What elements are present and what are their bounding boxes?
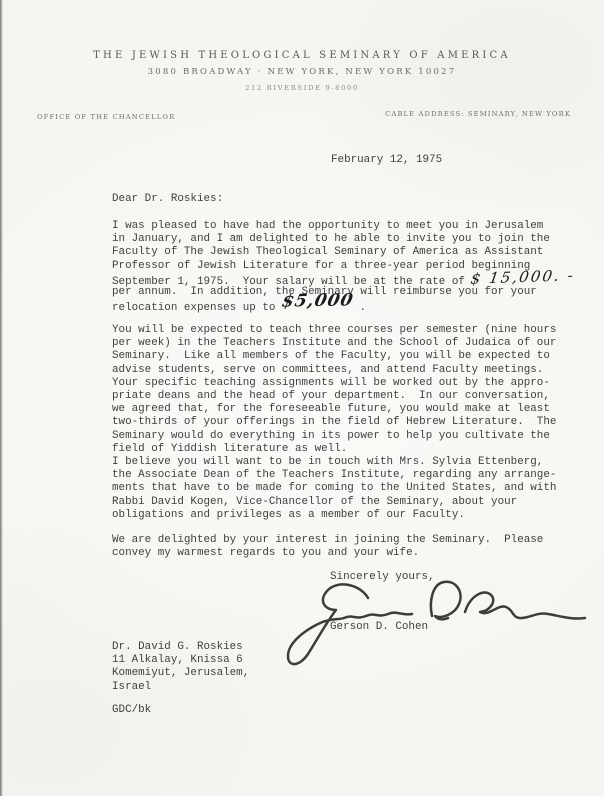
letterhead-address: 3080 BROADWAY · NEW YORK, NEW YORK 10027 xyxy=(0,67,604,77)
relocation-line: relocation expenses up to $5,000 . xyxy=(112,299,366,315)
letter-date: February 12, 1975 xyxy=(331,154,442,167)
paragraph-4: We are delighted by your interest in joi… xyxy=(112,534,543,560)
salary-amount-handwritten: $ 15,000. - xyxy=(470,269,576,286)
paragraph-1: I was pleased to have had the opportunit… xyxy=(112,220,550,273)
letterhead-phone: 212 RIVERSIDE 9-8000 xyxy=(0,84,604,92)
relocation-amount-handwritten: $5,000 xyxy=(281,295,355,309)
letterhead-office-label: OFFICE OF THE CHANCELLOR xyxy=(37,113,175,121)
scan-edge-shadow xyxy=(0,0,3,796)
letter-page: THE JEWISH THEOLOGICAL SEMINARY OF AMERI… xyxy=(0,0,604,796)
recipient-address: Dr. David G. Roskies 11 Alkalay, Knissa … xyxy=(112,641,249,694)
salutation: Dear Dr. Roskies: xyxy=(112,193,223,206)
letterhead-org-name: THE JEWISH THEOLOGICAL SEMINARY OF AMERI… xyxy=(0,50,604,61)
paragraph-2: You will be expected to teach three cour… xyxy=(112,324,556,456)
signature-name-typed: Gerson D. Cohen xyxy=(330,621,428,634)
paragraph-3: I believe you will want to be in touch w… xyxy=(112,456,556,522)
signature-scrawl xyxy=(280,576,590,671)
relocation-line-typed: relocation expenses up to xyxy=(112,302,282,314)
relocation-line-suffix: . xyxy=(353,302,366,314)
letterhead-cable-label: CABLE ADDRESS: SEMINARY, NEW YORK xyxy=(385,110,571,118)
typist-initials: GDC/bk xyxy=(112,704,151,717)
